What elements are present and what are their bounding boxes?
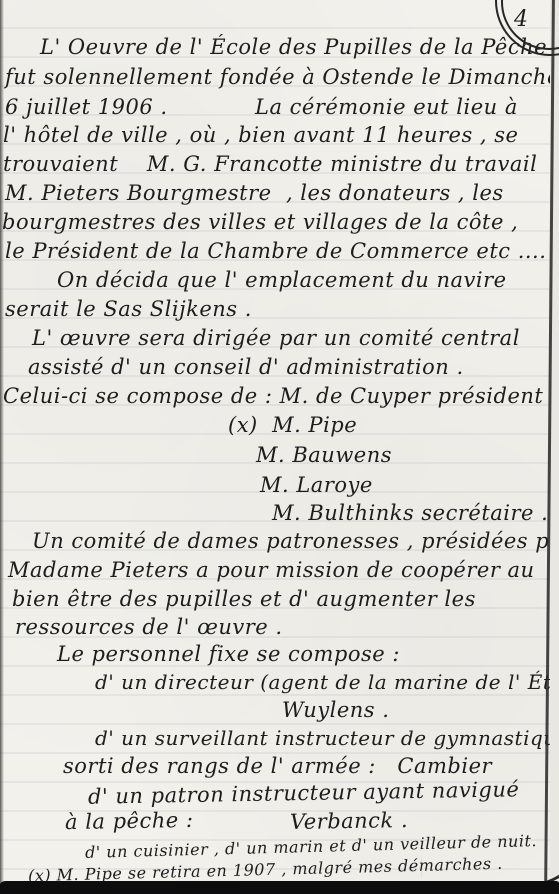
text-line: Le personnel fixe se compose : [57, 643, 400, 666]
text-line: bien être des pupilles et d' augmenter l… [12, 588, 476, 611]
text-line: sorti des rangs de l' armée : Cambier [63, 755, 492, 778]
text-line: bourgmestres des villes et villages de l… [2, 211, 518, 234]
text-line: (x) M. Pipe [228, 414, 357, 437]
text-line: M. Bauwens [256, 444, 392, 467]
text-line: assisté d' un conseil d' administration … [28, 356, 464, 379]
text-line: Celui-ci se compose de : M. de Cuyper pr… [3, 385, 543, 408]
text-line: Verbanck . [290, 809, 408, 834]
text-line: Un comité de dames patronesses , présidé… [32, 530, 559, 553]
text-line: Wuylens . [282, 699, 389, 722]
text-line: M. Bulthinks secrétaire . [272, 502, 548, 525]
scan-bottom-edge [0, 881, 559, 894]
text-line: d' un surveillant instructeur de gymnast… [95, 727, 559, 749]
text-line: M. Laroye [260, 474, 373, 497]
text-line: trouvaient M. G. Francotte ministre du t… [3, 153, 537, 176]
text-line: fut solennellement fondée à Ostende le D… [5, 66, 559, 89]
text-line: M. Pieters Bourgmestre , les donateurs ,… [5, 182, 504, 205]
manuscript-page: 4 L' Oeuvre de l' École des Pupilles de … [0, 0, 559, 894]
text-line: La cérémonie eut lieu à [255, 96, 518, 119]
text-line: Madame Pieters a pour mission de coopére… [8, 559, 535, 582]
text-line: le Président de la Chambre de Commerce e… [5, 240, 546, 263]
text-line: On décida que l' emplacement du navire [57, 269, 507, 292]
text-line: L' Oeuvre de l' École des Pupilles de la… [40, 36, 547, 59]
text-line: d' un directeur (agent de la marine de l… [95, 671, 559, 693]
text-line: l' hôtel de ville , où , bien avant 11 h… [3, 124, 518, 147]
text-line: ressources de l' œuvre . [15, 616, 283, 639]
scan-left-edge [0, 0, 4, 894]
text-line: 6 juillet 1906 . [5, 96, 168, 119]
text-line: à la pêche : [65, 809, 194, 834]
text-line: serait le Sas Slijkens . [5, 298, 252, 321]
text-line: L' œuvre sera dirigée par un comité cent… [32, 327, 520, 350]
text-line: d' un patron instructeur ayant navigué [88, 778, 520, 809]
